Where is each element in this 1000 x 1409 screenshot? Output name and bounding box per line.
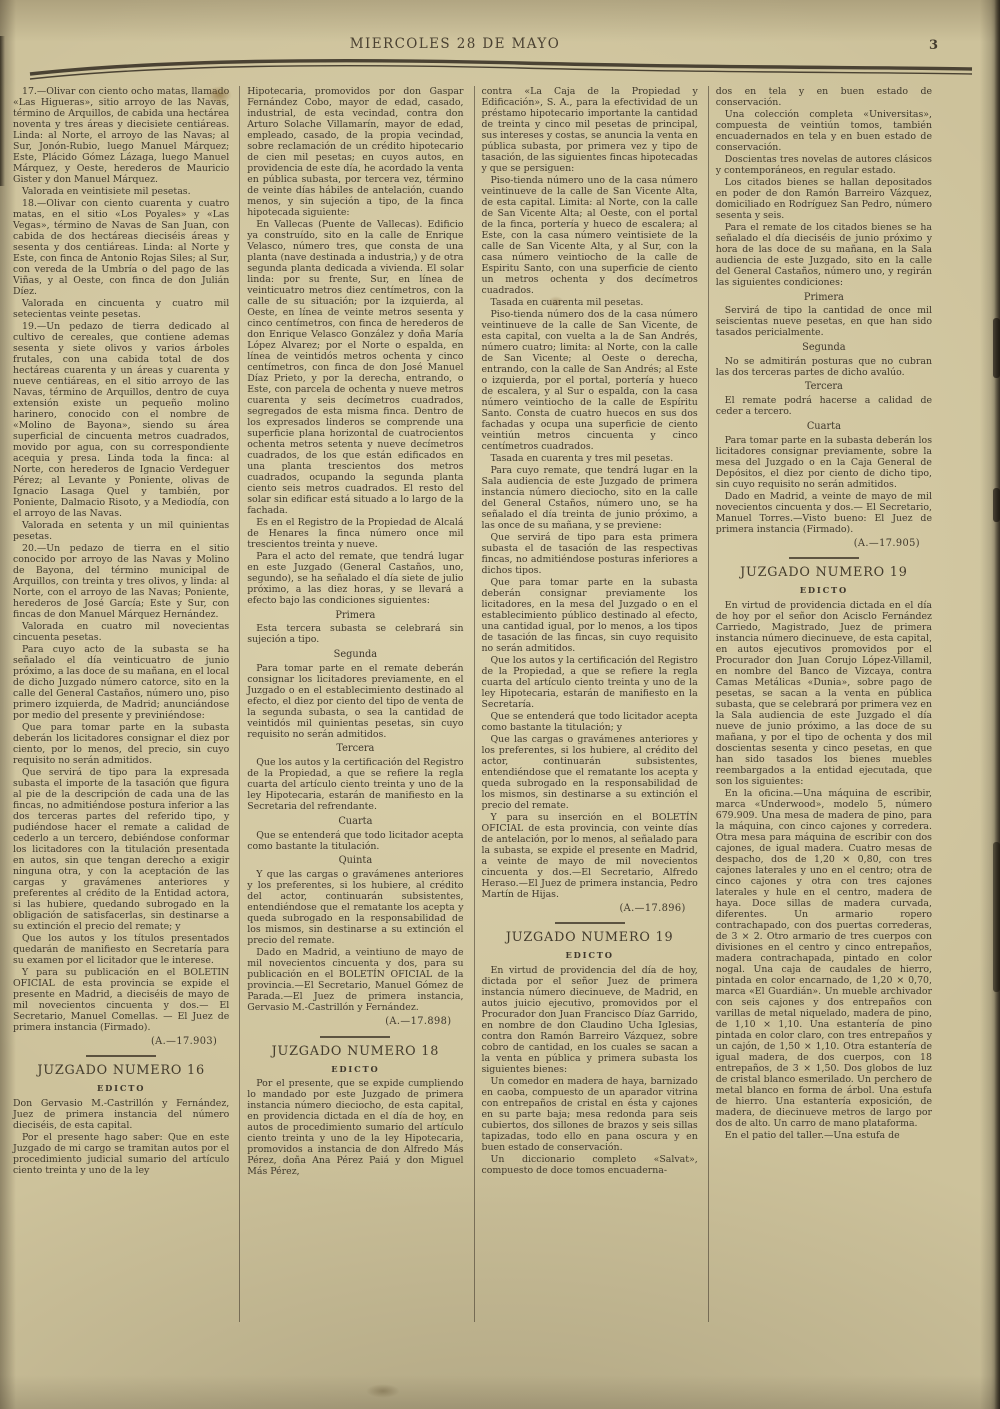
paragraph: Valorada en cuatro mil novecientas cincu… [13, 621, 229, 643]
paragraph: Dado en Madrid, a veintiuno de mayo de m… [247, 947, 463, 1013]
paragraph-continuation: Hipotecaria, promovidos por don Gaspar F… [247, 86, 463, 218]
paragraph: Piso-tienda número dos de la casa número… [482, 309, 698, 452]
juzgado-heading: JUZGADO NUMERO 19 [716, 566, 932, 581]
announcement-ref: (A.—17.898) [247, 1016, 451, 1027]
column-4: dos en tela y en buen estado de conserva… [709, 86, 942, 1322]
paragraph: En la oficina.—Una máquina de escribir, … [716, 788, 932, 1129]
paragraph: El remate podrá hacerse a calidad de ced… [716, 395, 932, 417]
paragraph: Que las cargas o gravámenes anteriores y… [482, 734, 698, 811]
paragraph: Piso-tienda número uno de la casa número… [482, 175, 698, 296]
paragraph: Valorada en cincuenta y cuatro mil setec… [13, 298, 229, 320]
announcement-ref: (A.—17.896) [482, 903, 686, 914]
section-divider-rule [320, 1036, 390, 1038]
paragraph: Que los autos y los títulos presentados … [13, 933, 229, 966]
edicto-heading: EDICTO [716, 586, 932, 596]
edicto-heading: EDICTO [13, 1084, 229, 1094]
juzgado-heading: JUZGADO NUMERO 19 [482, 931, 698, 946]
paragraph: En virtud de providencia dictada en el d… [716, 600, 932, 787]
paragraph: Para cuyo remate, que tendrá lugar en la… [482, 465, 698, 531]
paragraph: 18.—Olivar con ciento cuarenta y cuatro … [13, 198, 229, 297]
condition-heading: Cuarta [247, 816, 463, 827]
paragraph: 20.—Un pedazo de tierra en el sitio cono… [13, 543, 229, 620]
paragraph: En Vallecas (Puente de Vallecas). Edific… [247, 219, 463, 516]
condition-heading: Tercera [716, 381, 932, 392]
paragraph-continuation: Don Gervasio M.-Castrillón y Fernández, … [13, 1098, 229, 1131]
paragraph-continuation: contra «La Caja de la Propiedad y Edific… [482, 86, 698, 174]
text-columns: 17.—Olivar con ciento ocho matas, llamad… [6, 86, 942, 1322]
section-divider-rule [789, 557, 859, 559]
paragraph: Un comedor en madera de haya, barnizado … [482, 1076, 698, 1153]
edicto-heading: EDICTO [482, 951, 698, 961]
paragraph: Para el remate de los citados bienes se … [716, 222, 932, 288]
paragraph: Que los autos y la certificación del Reg… [482, 655, 698, 710]
paragraph: En el patio del taller.—Una estufa de [716, 1130, 932, 1141]
section-divider-rule [555, 922, 625, 924]
paragraph: Esta tercera subasta se celebrará sin su… [247, 623, 463, 645]
page-edge-mark [993, 488, 1000, 522]
paragraph: Es en el Registro de la Propiedad de Alc… [247, 517, 463, 550]
paragraph: Que servirá de tipo para esta primera su… [482, 532, 698, 576]
page-edge-mark [993, 842, 1000, 992]
juzgado-heading: JUZGADO NUMERO 16 [13, 1064, 229, 1079]
paragraph: Tasada en cuarenta mil pesetas. [482, 297, 698, 308]
paragraph: Los citados bienes se hallan depositados… [716, 177, 932, 221]
paragraph: Que servirá de tipo para la expresada su… [13, 767, 229, 932]
paragraph: Valorada en veintisiete mil pesetas. [13, 186, 229, 197]
paragraph: Para tomar parte en el remate deberán co… [247, 663, 463, 740]
condition-heading: Quinta [247, 855, 463, 866]
condition-heading: Segunda [247, 649, 463, 660]
paper-stain [366, 1384, 400, 1398]
condition-heading: Tercera [247, 743, 463, 754]
paragraph: Y que las cargas o gravámenes anteriores… [247, 869, 463, 946]
paragraph: Por el presente, que se expide cumpliend… [247, 1078, 463, 1177]
paragraph: Para cuyo acto de la subasta se ha señal… [13, 644, 229, 721]
paragraph: Doscientas tres novelas de autores clási… [716, 154, 932, 176]
page-number: 3 [929, 38, 938, 53]
condition-heading: Segunda [716, 342, 932, 353]
column-2: Hipotecaria, promovidos por don Gaspar F… [240, 86, 474, 1322]
page-header-date: MIERCOLES 28 DE MAYO [0, 36, 910, 52]
condition-heading: Cuarta [716, 421, 932, 432]
paragraph: Para tomar parte en la subasta deberán l… [716, 435, 932, 490]
paragraph: Un diccionario completo «Salvat», compue… [482, 1154, 698, 1176]
paragraph: Y para su publicación en el BOLETIN OFIC… [13, 967, 229, 1033]
paragraph: Una colección completa «Universitas», co… [716, 109, 932, 153]
newspaper-page: MIERCOLES 28 DE MAYO 3 17.—Olivar con ci… [0, 0, 1000, 1409]
paragraph: Tasada en cuarenta y tres mil pesetas. [482, 453, 698, 464]
paragraph: Que para tomar parte en la subasta deber… [482, 577, 698, 654]
paragraph: 17.—Olivar con ciento ocho matas, llamad… [13, 86, 229, 185]
column-3: contra «La Caja de la Propiedad y Edific… [475, 86, 709, 1322]
paragraph: Que para tomar parte en la subasta deber… [13, 722, 229, 766]
paragraph: Que se entenderá que todo licitador acep… [482, 711, 698, 733]
page-edge-mark [993, 318, 1000, 378]
paragraph: Que los autos y la certificación del Reg… [247, 757, 463, 812]
paragraph: Para el acto del remate, que tendrá luga… [247, 551, 463, 606]
paragraph: 19.—Un pedazo de tierra dedicado al cult… [13, 321, 229, 519]
condition-heading: Primera [247, 610, 463, 621]
announcement-ref: (A.—17.905) [716, 538, 920, 549]
paragraph-continuation: dos en tela y en buen estado de conserva… [716, 86, 932, 108]
paragraph: Que se entenderá que todo licitador acep… [247, 830, 463, 852]
paragraph: No se admitirán posturas que no cubran l… [716, 356, 932, 378]
paragraph: Valorada en setenta y un mil quinientas … [13, 520, 229, 542]
paragraph: Por el presente hago saber: Que en este … [13, 1132, 229, 1176]
section-divider-rule [86, 1055, 156, 1057]
juzgado-heading: JUZGADO NUMERO 18 [247, 1045, 463, 1060]
paragraph: En virtud de providencia del día de hoy,… [482, 965, 698, 1075]
column-1: 17.—Olivar con ciento ocho matas, llamad… [6, 86, 240, 1322]
announcement-ref: (A.—17.903) [13, 1036, 217, 1047]
header-rule [0, 52, 1000, 82]
paragraph: Y para su inserción en el BOLETÍN OFICIA… [482, 812, 698, 900]
condition-heading: Primera [716, 292, 932, 303]
paragraph: Servirá de tipo la cantidad de once mil … [716, 305, 932, 338]
page-edge-shadow [991, 0, 1000, 1409]
paragraph: Dado en Madrid, a veinte de mayo de mil … [716, 491, 932, 535]
edicto-heading: EDICTO [247, 1065, 463, 1075]
